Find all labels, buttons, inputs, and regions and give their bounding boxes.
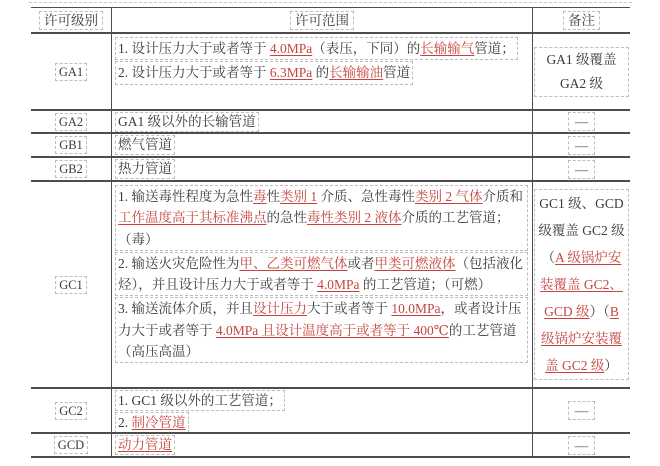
text-segment: （表压，下同）的 xyxy=(312,41,420,56)
red-underlined-text: 4.0MPa xyxy=(317,277,359,292)
scope-cell: 1. 输送毒性程度为急性毒性类别 1 介质、急性毒性类别 2 气体介质和工作温度… xyxy=(112,182,533,387)
level-label: GCD xyxy=(54,436,88,454)
remark-dash: — xyxy=(568,160,596,179)
text-segment: 3. 输送流体介质，并且 xyxy=(118,301,253,316)
scope-cell: 热力管道 xyxy=(112,158,533,180)
remark-cell: — xyxy=(533,389,630,432)
red-underlined-text: 毒性类别 2 液体 xyxy=(307,210,402,225)
level-label: GB2 xyxy=(55,160,87,178)
scope-paragraph: 2. 设计压力大于或者等于 6.3MPa 的长输输油管道 xyxy=(115,61,413,84)
scope-cell: 1. 设计压力大于或者等于 4.0MPa（表压，下同）的长输输气管道；2. 设计… xyxy=(112,34,533,109)
table-row-gc1: GC11. 输送毒性程度为急性毒性类别 1 介质、急性毒性类别 2 气体介质和工… xyxy=(31,182,630,389)
scope-paragraph: 1. 设计压力大于或者等于 4.0MPa（表压，下同）的长输输气管道； xyxy=(115,37,518,60)
scope-paragraph: 燃气管道 xyxy=(115,135,175,155)
header-label-scope: 许可范围 xyxy=(290,11,354,30)
text-segment: 2. 设计压力大于或者等于 xyxy=(118,65,270,80)
level-label: GA2 xyxy=(55,113,87,131)
text-segment: 热力管道 xyxy=(118,161,172,176)
text-segment: 燃气管道 xyxy=(118,137,172,152)
red-underlined-text: 类别 1 xyxy=(280,189,317,204)
level-cell: GB1 xyxy=(31,134,112,156)
text-segment: ）（ xyxy=(590,304,610,319)
red-underlined-text: 甲、乙类可燃气体 xyxy=(240,256,348,271)
remark-text: GC1 级、GCD 级覆盖 GC2 级（A 级锅炉安装覆盖 GC2、GCD 级）… xyxy=(534,189,629,380)
table-row-ga2: GA2GA1 级以外的长输管道— xyxy=(31,111,630,134)
table-header-row: 许可级别 许可范围 备注 xyxy=(31,8,630,34)
red-underlined-text: 制冷管道 xyxy=(132,415,186,430)
text-segment: 1. 设计压力大于或者等于 xyxy=(118,41,270,56)
scope-paragraph: 2. 输送火灾危险性为甲、乙类可燃气体或者甲类可燃液体（包括液化烃），并且设计压… xyxy=(115,252,528,297)
remark-dash: — xyxy=(568,436,596,455)
text-segment: 或者 xyxy=(348,256,375,271)
remark-cell: — xyxy=(533,434,630,456)
table-row-ga1: GA11. 设计压力大于或者等于 4.0MPa（表压，下同）的长输输气管道；2.… xyxy=(31,34,630,111)
remark-dash: — xyxy=(568,112,596,131)
text-segment: ） xyxy=(604,358,618,373)
header-cell-level: 许可级别 xyxy=(31,8,112,32)
level-label: GC2 xyxy=(55,402,87,420)
remark-cell: — xyxy=(533,158,630,180)
text-segment: GA1 级覆盖 GA2 级 xyxy=(546,52,616,91)
scope-cell: 动力管道 xyxy=(112,434,533,456)
scope-paragraph: 1. GC1 级以外的工艺管道； xyxy=(115,390,285,411)
text-segment: 的急性 xyxy=(267,210,308,225)
table-row-gcd: GCD动力管道— xyxy=(31,434,630,458)
text-segment: 介质、急性毒性 xyxy=(317,189,415,204)
table-outline-dashed xyxy=(29,2,632,3)
license-table: 许可级别 许可范围 备注 GA11. 设计压力大于或者等于 4.0MPa（表压，… xyxy=(31,7,630,458)
red-underlined-text: 毒 xyxy=(253,189,267,204)
header-cell-remark: 备注 xyxy=(533,8,630,32)
remark-text: GA1 级覆盖 GA2 级 xyxy=(534,47,629,97)
level-cell: GCD xyxy=(31,434,112,456)
remark-cell: GC1 级、GCD 级覆盖 GC2 级（A 级锅炉安装覆盖 GC2、GCD 级）… xyxy=(533,182,630,387)
red-underlined-text: 10.0MPa xyxy=(391,301,440,316)
table-row-gb1: GB1燃气管道— xyxy=(31,134,630,158)
level-label: GA1 xyxy=(55,63,87,81)
text-segment: 管道； xyxy=(474,41,515,56)
red-underlined-text: 动力管道 xyxy=(118,437,172,452)
text-segment: 2. 输送火灾危险性为 xyxy=(118,256,240,271)
level-cell: GB2 xyxy=(31,158,112,180)
scope-paragraph: 3. 输送流体介质，并且设计压力大于或者等于 10.0MPa，或者设计压力大于或… xyxy=(115,297,528,363)
scope-paragraph: 1. 输送毒性程度为急性毒性类别 1 介质、急性毒性类别 2 气体介质和工作温度… xyxy=(115,185,528,251)
text-segment: 2. xyxy=(118,415,132,430)
level-label: GC1 xyxy=(55,276,87,294)
text-segment: 1. 输送毒性程度为急性 xyxy=(118,189,253,204)
text-segment: 的工艺管道；（可燃） xyxy=(360,277,492,292)
scope-paragraph: 2. 制冷管道 xyxy=(115,412,189,432)
level-label: GB1 xyxy=(55,136,87,154)
remark-dash: — xyxy=(568,136,596,155)
text-segment: 大于或者等于 xyxy=(307,301,391,316)
scope-cell: 1. GC1 级以外的工艺管道；2. 制冷管道 xyxy=(112,389,533,432)
red-underlined-text: 4.0MPa xyxy=(270,41,312,56)
text-segment: GA1 级以外的长输管道 xyxy=(118,114,256,129)
level-cell: GA1 xyxy=(31,34,112,109)
text-segment: 1. GC1 级以外的工艺管道； xyxy=(118,393,282,408)
text-segment: 介质和 xyxy=(483,189,524,204)
level-cell: GA2 xyxy=(31,111,112,132)
table-row-gc2: GC21. GC1 级以外的工艺管道；2. 制冷管道— xyxy=(31,389,630,434)
scope-paragraph: GA1 级以外的长输管道 xyxy=(115,112,259,132)
red-underlined-text: 甲类可燃液体 xyxy=(375,256,456,271)
level-cell: GC1 xyxy=(31,182,112,387)
table-row-gb2: GB2热力管道— xyxy=(31,158,630,182)
table-body: GA11. 设计压力大于或者等于 4.0MPa（表压，下同）的长输输气管道；2.… xyxy=(31,34,630,458)
level-cell: GC2 xyxy=(31,389,112,432)
text-segment: 性 xyxy=(267,189,281,204)
red-underlined-text: 工作温度高于其标准沸点 xyxy=(118,210,267,225)
scope-paragraph: 热力管道 xyxy=(115,159,175,179)
header-label-remark: 备注 xyxy=(563,11,600,30)
remark-dash: — xyxy=(568,401,596,420)
red-underlined-text: 6.3MPa xyxy=(270,65,312,80)
text-segment: 管道 xyxy=(383,65,410,80)
red-underlined-text: 4.0MPa 且设计温度高于或者等于 400℃ xyxy=(216,323,449,338)
scope-cell: GA1 级以外的长输管道 xyxy=(112,111,533,132)
red-underlined-text: 长输输气 xyxy=(420,41,474,56)
text-segment: 的 xyxy=(312,65,329,80)
red-underlined-text: 长输输油 xyxy=(329,65,383,80)
remark-cell: GA1 级覆盖 GA2 级 xyxy=(533,34,630,109)
remark-cell: — xyxy=(533,134,630,156)
remark-cell: — xyxy=(533,111,630,132)
header-cell-scope: 许可范围 xyxy=(112,8,533,32)
header-label-level: 许可级别 xyxy=(39,11,103,30)
red-underlined-text: 设计压力 xyxy=(253,301,307,316)
scope-paragraph: 动力管道 xyxy=(115,435,175,455)
scope-cell: 燃气管道 xyxy=(112,134,533,156)
red-underlined-text: 类别 2 气体 xyxy=(415,189,483,204)
